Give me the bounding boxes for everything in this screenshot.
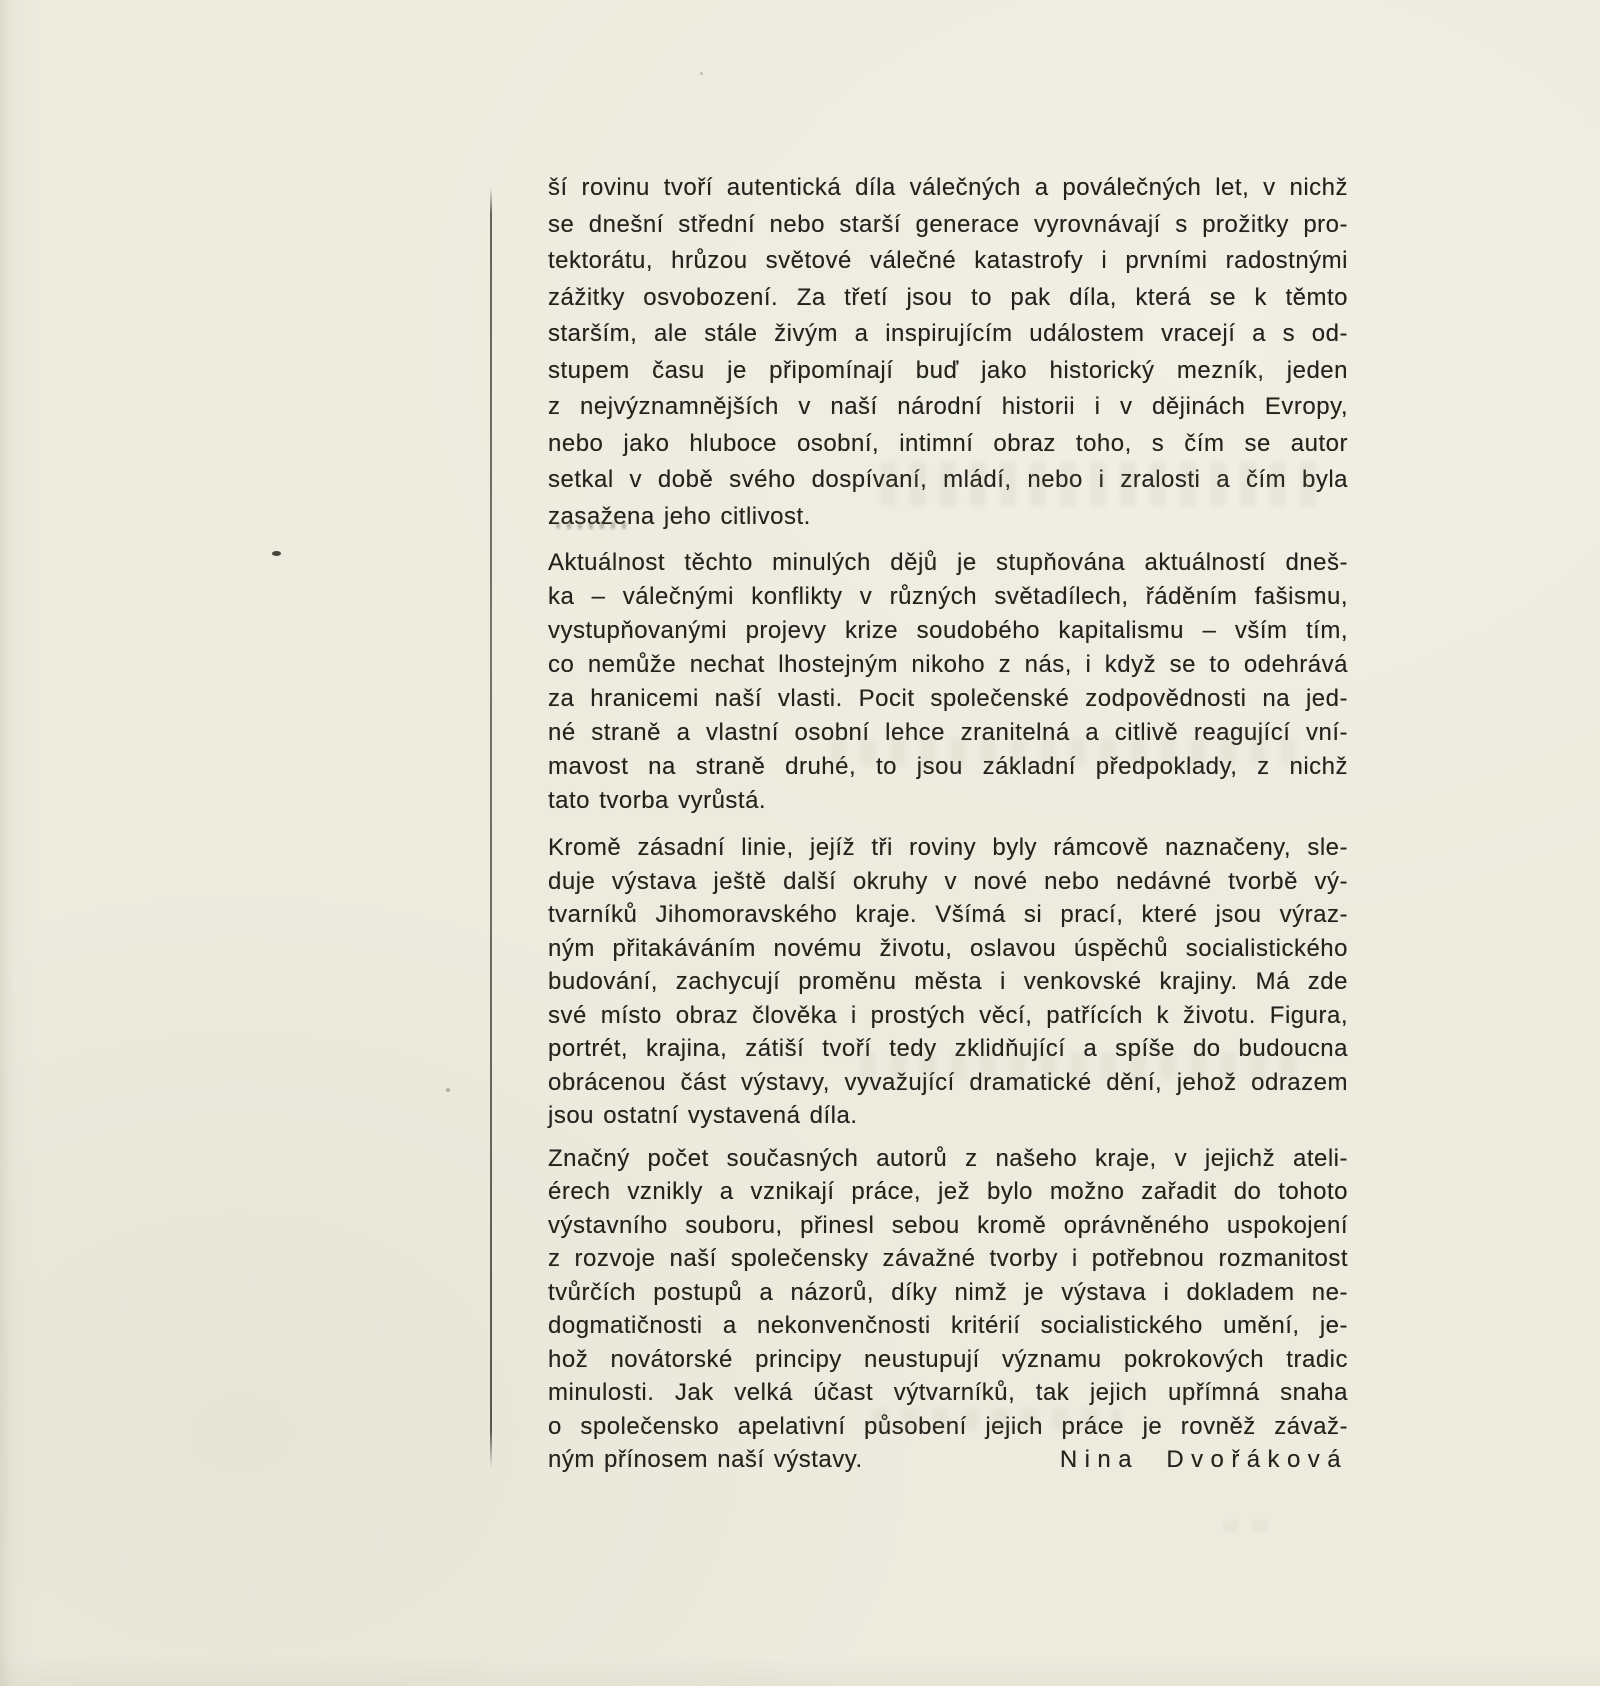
text-line: Aktuálnost těchto minulých dějů je stupň… <box>548 546 1348 580</box>
text-line: ným přitakáváním novému životu, oslavou … <box>548 932 1348 966</box>
scanned-page: ší rovinu tvoří autentická díla válečnýc… <box>0 0 1600 1686</box>
text-line: Značný počet současných autorů z našeho … <box>548 1142 1348 1176</box>
text-line: budování, zachycují proměnu města i venk… <box>548 965 1348 999</box>
text-line: minulosti. Jak velká účast výtvarníků, t… <box>548 1376 1348 1410</box>
text-block: ší rovinu tvoří autentická díla válečnýc… <box>548 170 1348 1477</box>
closing-line: ným přínosem naší výstavy.Nina Dvořáková <box>548 1443 1348 1477</box>
ghost-smudge <box>872 1408 1122 1430</box>
text-line: tato tvorba vyrůstá. <box>548 784 1348 818</box>
text-line: co nemůže nechat lhostejným nikoho z nás… <box>548 648 1348 682</box>
text-line: tektorátu, hrůzou světové válečné katast… <box>548 243 1348 280</box>
ink-speck <box>446 1088 450 1092</box>
text-line: hož novátorské principy neustupují význa… <box>548 1343 1348 1377</box>
text-line: ka – válečnými konflikty v různých světa… <box>548 580 1348 614</box>
ghost-smudge <box>556 522 632 529</box>
fold-crease-rule <box>490 188 492 1468</box>
text-line: vystupňovanými projevy krize soudobého k… <box>548 614 1348 648</box>
text-line: érech vznikly a vznikají práce, jež bylo… <box>548 1175 1348 1209</box>
text-line: dogmatičnosti a nekonvenčnosti kritérií … <box>548 1309 1348 1343</box>
text-line: z nejvýznamnějších v naší národní histor… <box>548 389 1348 426</box>
text-line: ší rovinu tvoří autentická díla válečnýc… <box>548 170 1348 207</box>
text-line: za hranicemi naší vlasti. Pocit společen… <box>548 682 1348 716</box>
paragraph: Kromě zásadní linie, jejíž tři roviny by… <box>548 831 1348 1133</box>
ghost-smudge <box>1222 1520 1268 1532</box>
text-line: zážitky osvobození. Za třetí jsou to pak… <box>548 280 1348 317</box>
text-line: starším, ale stále živým a inspirujícím … <box>548 316 1348 353</box>
paragraph: Aktuálnost těchto minulých dějů je stupň… <box>548 546 1348 818</box>
text-line: výstavního souboru, přinesl sebou kromě … <box>548 1209 1348 1243</box>
ink-speck <box>700 72 703 75</box>
text-line: Kromě zásadní linie, jejíž tři roviny by… <box>548 831 1348 865</box>
text-line: se dnešní střední nebo starší generace v… <box>548 207 1348 244</box>
text-line: tvarníků Jihomoravského kraje. Všímá si … <box>548 898 1348 932</box>
text-line: své místo obraz člověka i prostých věcí,… <box>548 999 1348 1033</box>
text-line: jsou ostatní vystavená díla. <box>548 1099 1348 1133</box>
text-line: duje výstava ještě další okruhy v nové n… <box>548 865 1348 899</box>
closing-text: ným přínosem naší výstavy. <box>548 1443 863 1477</box>
text-line: z rozvoje naší společensky závažné tvorb… <box>548 1242 1348 1276</box>
ghost-smudge <box>830 738 1300 766</box>
ink-speck <box>272 551 281 556</box>
text-line: stupem času je připomínají buď jako hist… <box>548 353 1348 390</box>
text-line: tvůrčích postupů a názorů, díky nimž je … <box>548 1276 1348 1310</box>
ghost-smudge <box>880 462 1330 506</box>
text-line: nebo jako hluboce osobní, intimní obraz … <box>548 426 1348 463</box>
ghost-smudge <box>860 1052 1300 1080</box>
author-signature: Nina Dvořáková <box>1060 1443 1348 1477</box>
